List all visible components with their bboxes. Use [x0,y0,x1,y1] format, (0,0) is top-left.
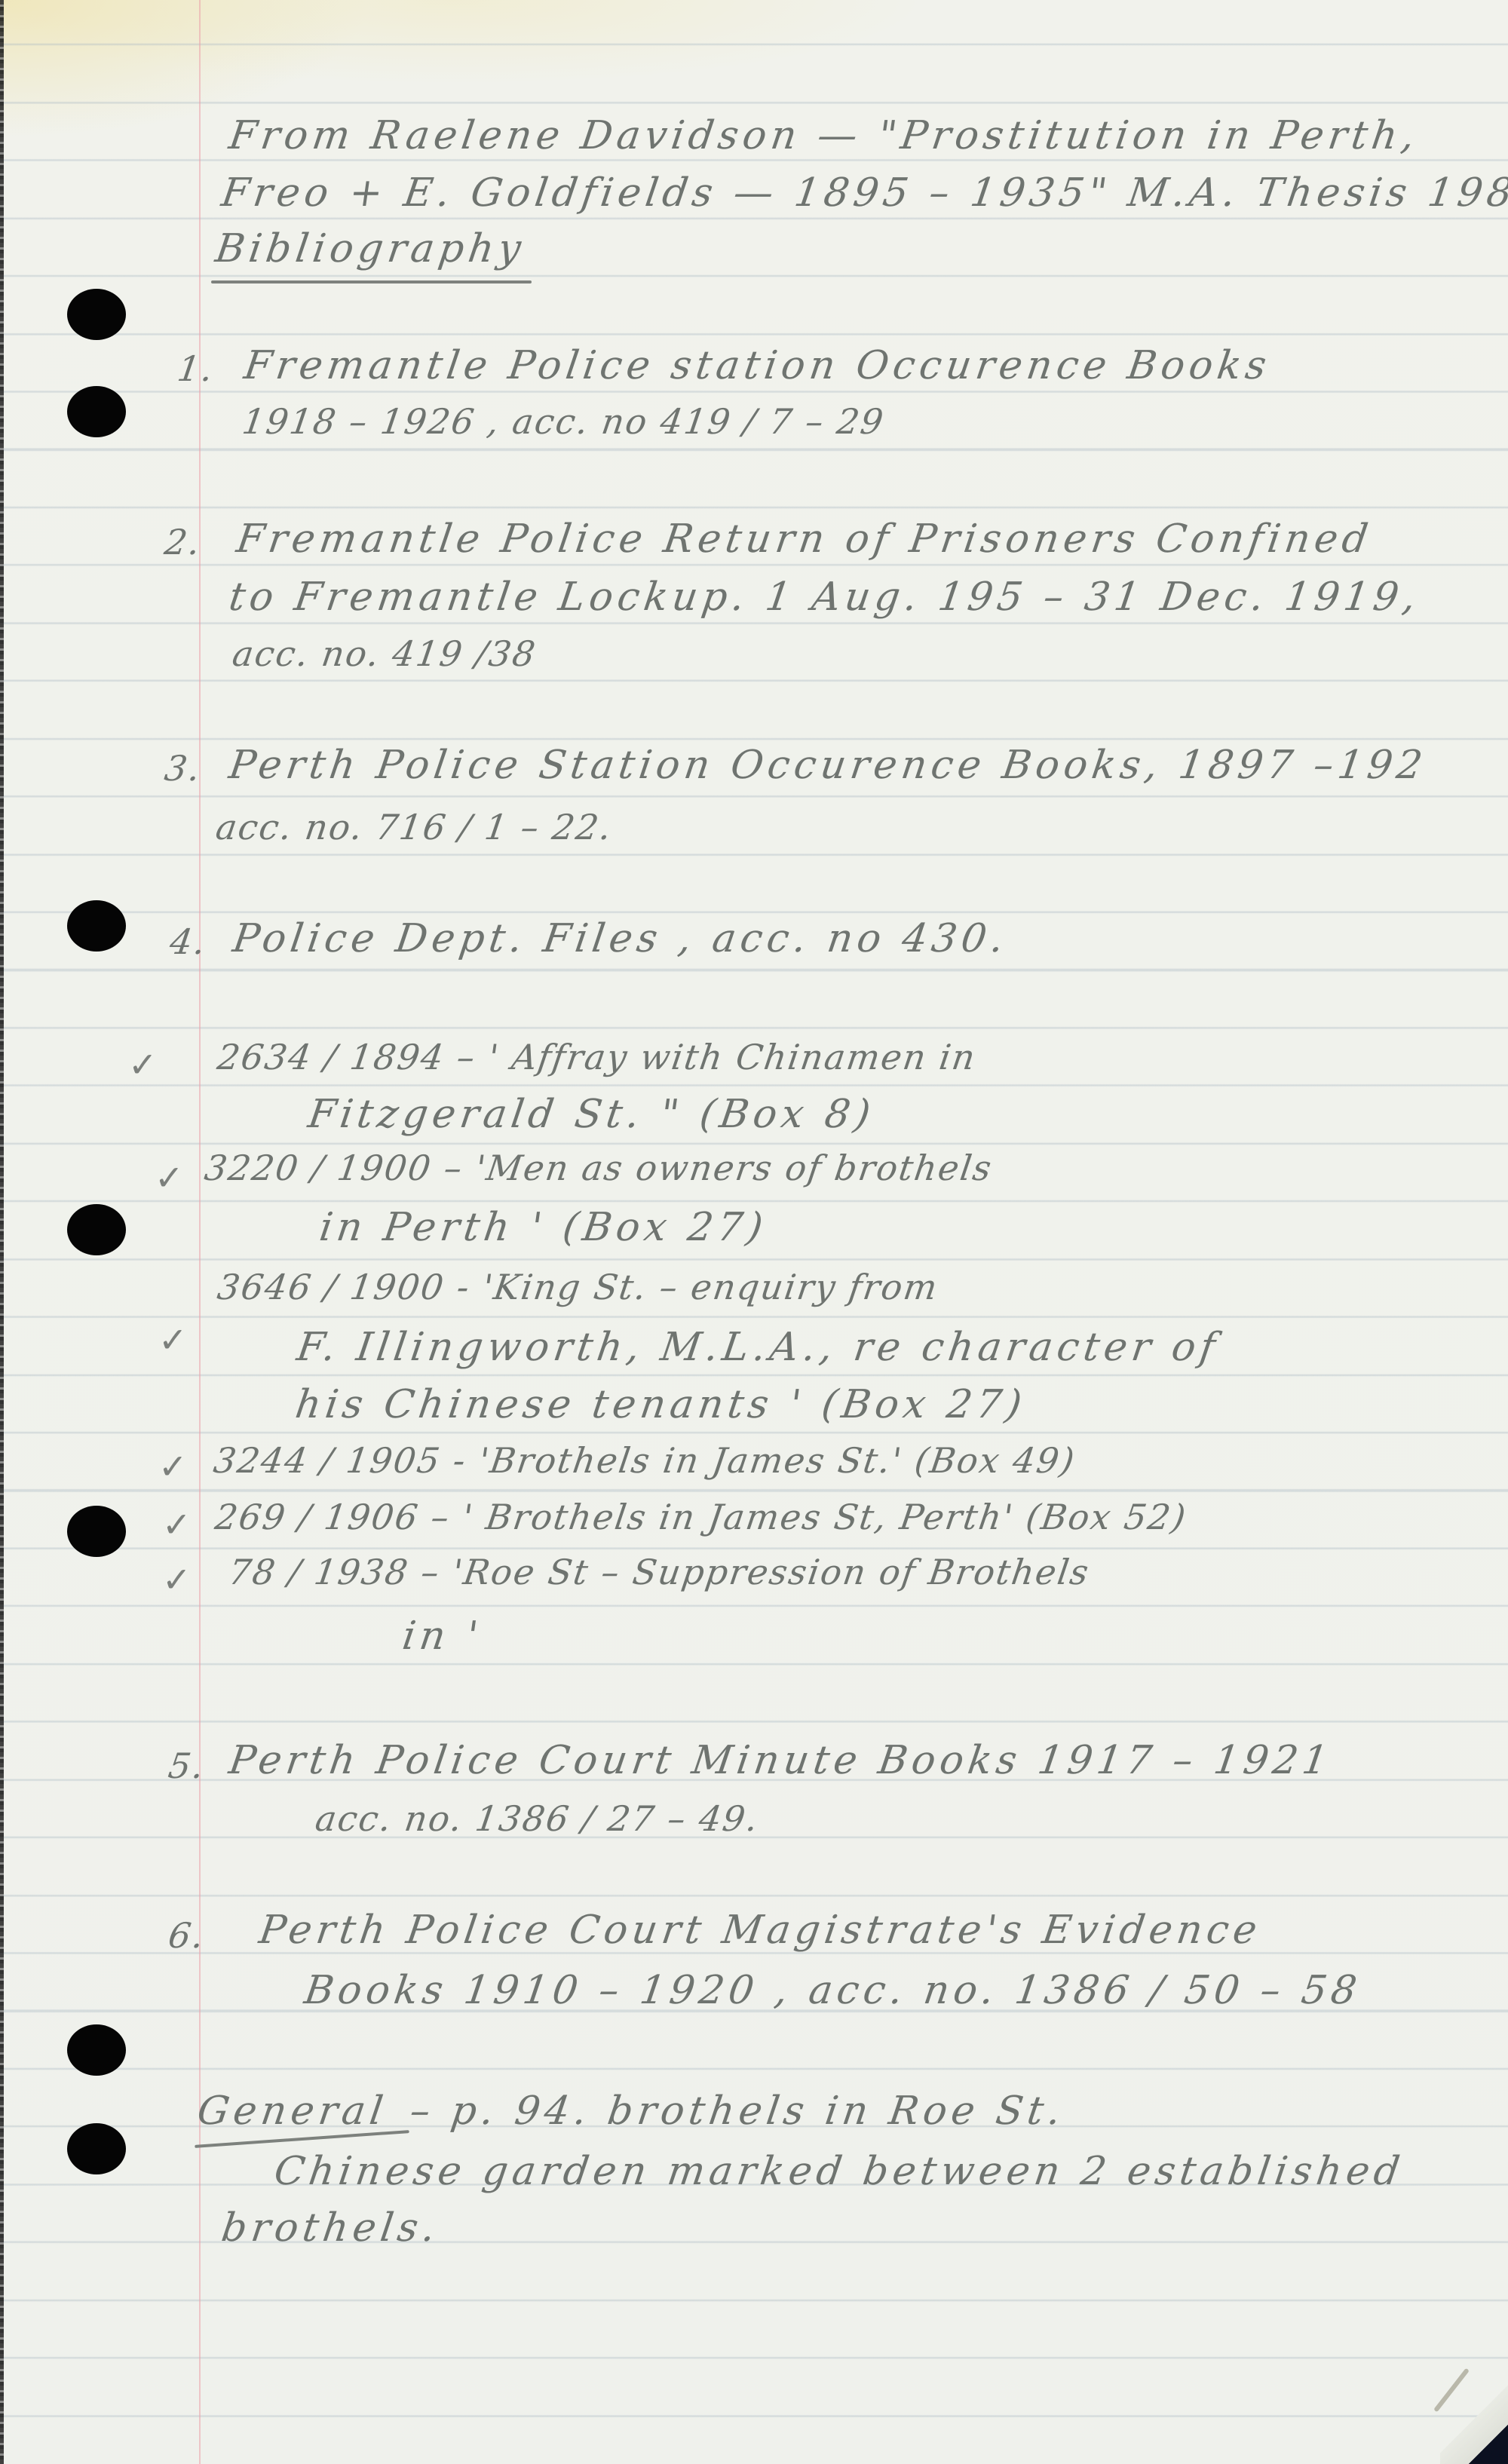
item-number: 1. [175,348,216,389]
notebook-page: From Raelene Davidson — "Prostitution in… [0,0,1508,2464]
general-label: General [195,2089,391,2134]
binder-hole-icon [67,1204,126,1255]
binder-hole-icon [67,386,126,437]
police-file-line: F. Illingworth, M.L.A., re character of [294,1325,1222,1370]
general-note-line-2: Chinese garden marked between 2 establis… [271,2149,1407,2194]
item-6-line-1: Perth Police Court Magistrate's Evidence [256,1908,1264,1953]
item-number: 6. [166,1915,207,1956]
item-6-line-2: Books 1910 – 1920 , acc. no. 1386 / 50 –… [302,1968,1364,2013]
police-file-line: 78 / 1938 – 'Roe St – Suppression of Bro… [226,1552,1093,1592]
police-file-line: in Perth ' (Box 27) [317,1205,770,1250]
binder-hole-icon [67,900,126,952]
item-4-line-1: Police Dept. Files , acc. no 430. [230,916,1011,961]
item-number: 4. [167,921,209,962]
general-note-line-1: – p. 94. brothels in Roe St. [407,2089,1068,2134]
police-file-line: 269 / 1906 – ' Brothels in James St, Per… [213,1497,1190,1537]
police-file-line: Fitzgerald St. " (Box 8) [305,1092,878,1137]
item-1-line-2: 1918 – 1926 , acc. no 419 / 7 – 29 [240,401,887,442]
checkmark-icon: ✓ [158,1319,188,1360]
item-2-line-2: to Fremantle Lockup. 1 Aug. 195 – 31 Dec… [226,575,1423,620]
police-file-line: 3244 / 1905 - 'Brothels in James St.' (B… [211,1440,1078,1481]
item-number: 3. [162,748,204,789]
binder-hole-icon [67,1506,126,1557]
item-5-line-1: Perth Police Court Minute Books 1917 – 1… [226,1738,1335,1783]
police-file-line: his Chinese tenants ' (Box 27) [293,1382,1029,1427]
police-file-line: 3220 / 1900 – 'Men as owners of brothels [202,1148,995,1188]
police-file-line: in ' [400,1614,485,1659]
header-title-line: Freo + E. Goldfields — 1895 – 1935" M.A.… [219,170,1508,216]
item-3-line-2: acc. no. 716 / 1 – 22. [213,807,615,847]
item-number: 5. [166,1745,207,1786]
checkmark-icon: ✓ [162,1504,192,1545]
police-file-line: 2634 / 1894 – ' Affray with Chinamen in [215,1037,979,1077]
item-2-line-1: Fremantle Police Return of Prisoners Con… [234,516,1375,562]
checkmark-icon: ✓ [155,1157,184,1198]
torn-page-edge [0,0,4,2464]
binder-hole-icon [67,2024,126,2076]
item-number: 2. [162,522,204,562]
checkmark-icon: ✓ [158,1446,188,1487]
bibliography-heading: Bibliography [213,226,528,271]
heading-underline [211,280,532,283]
binder-hole-icon [67,2123,126,2174]
police-file-line: 3646 / 1900 - 'King St. – enquiry from [215,1267,941,1307]
folded-corner [1440,2374,1508,2464]
checkmark-icon: ✓ [162,1559,192,1600]
header-source-line: From Raelene Davidson — "Prostitution in… [226,113,1422,158]
item-2-line-3: acc. no. 419 /38 [230,633,539,674]
binder-hole-icon [67,289,126,340]
general-note-line-3: brothels. [219,2205,443,2251]
checkmark-icon: ✓ [128,1044,158,1085]
item-1-line-1: Fremantle Police station Occurence Books [241,343,1274,388]
item-5-line-2: acc. no. 1386 / 27 – 49. [313,1798,762,1839]
item-3-line-1: Perth Police Station Occurence Books, 18… [226,743,1430,788]
